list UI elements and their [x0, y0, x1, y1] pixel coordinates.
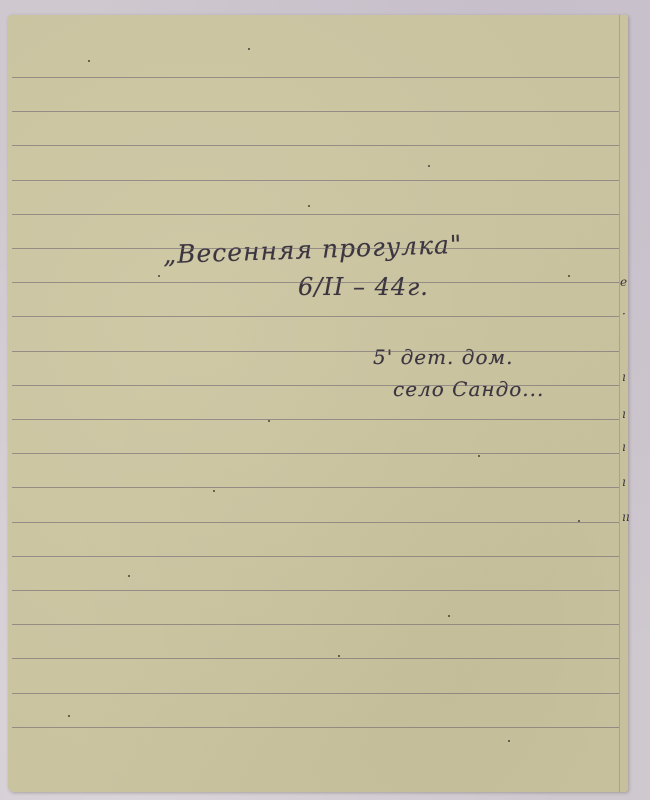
paper-speck [338, 655, 340, 657]
handwritten-village: село Сандо... [393, 377, 544, 401]
paper-speck [578, 520, 580, 522]
ruled-line [12, 248, 619, 249]
paper-speck [128, 575, 130, 577]
ruled-line [12, 727, 619, 728]
paper-speck [428, 165, 430, 167]
paper-speck [88, 60, 90, 62]
ruled-line [12, 590, 619, 591]
paper-speck [268, 420, 270, 422]
paper-speck [68, 715, 70, 717]
ruled-line [12, 180, 619, 181]
paper-speck [478, 455, 480, 457]
ruled-line [12, 214, 619, 215]
ruled-line [12, 453, 619, 454]
handwritten-date: 6/II – 44г. [298, 273, 429, 301]
ruled-line [12, 282, 619, 283]
paper-speck [248, 48, 250, 50]
ruled-line [12, 693, 619, 694]
margin-mark: ıı [622, 510, 630, 524]
ruled-line [12, 385, 619, 386]
ruled-line [12, 624, 619, 625]
paper-speck [213, 490, 215, 492]
handwritten-title: „Весенняя прогулка" [163, 230, 463, 269]
margin-mark: ı [622, 370, 626, 384]
paper-speck [448, 615, 450, 617]
ruled-line [12, 419, 619, 420]
ruled-line [12, 77, 619, 78]
paper-speck [568, 275, 570, 277]
ruled-line [12, 658, 619, 659]
notebook-page: „Весенняя прогулка" 6/II – 44г. 5' дет. … [8, 15, 628, 792]
ruled-line [12, 351, 619, 352]
handwritten-orphanage: 5' дет. дом. [373, 345, 513, 369]
paper-speck [158, 275, 160, 277]
margin-mark: e [620, 275, 627, 289]
margin-mark: ı [622, 440, 626, 454]
margin-mark: ı [622, 475, 626, 489]
ruled-line [12, 487, 619, 488]
margin-mark: ı [622, 407, 626, 421]
paper-speck [508, 740, 510, 742]
ruled-line [12, 145, 619, 146]
page-fold-line [619, 15, 620, 792]
margin-mark: · [622, 307, 626, 321]
ruled-line [12, 522, 619, 523]
ruled-line [12, 556, 619, 557]
paper-speck [308, 205, 310, 207]
ruled-line [12, 111, 619, 112]
ruled-line [12, 316, 619, 317]
